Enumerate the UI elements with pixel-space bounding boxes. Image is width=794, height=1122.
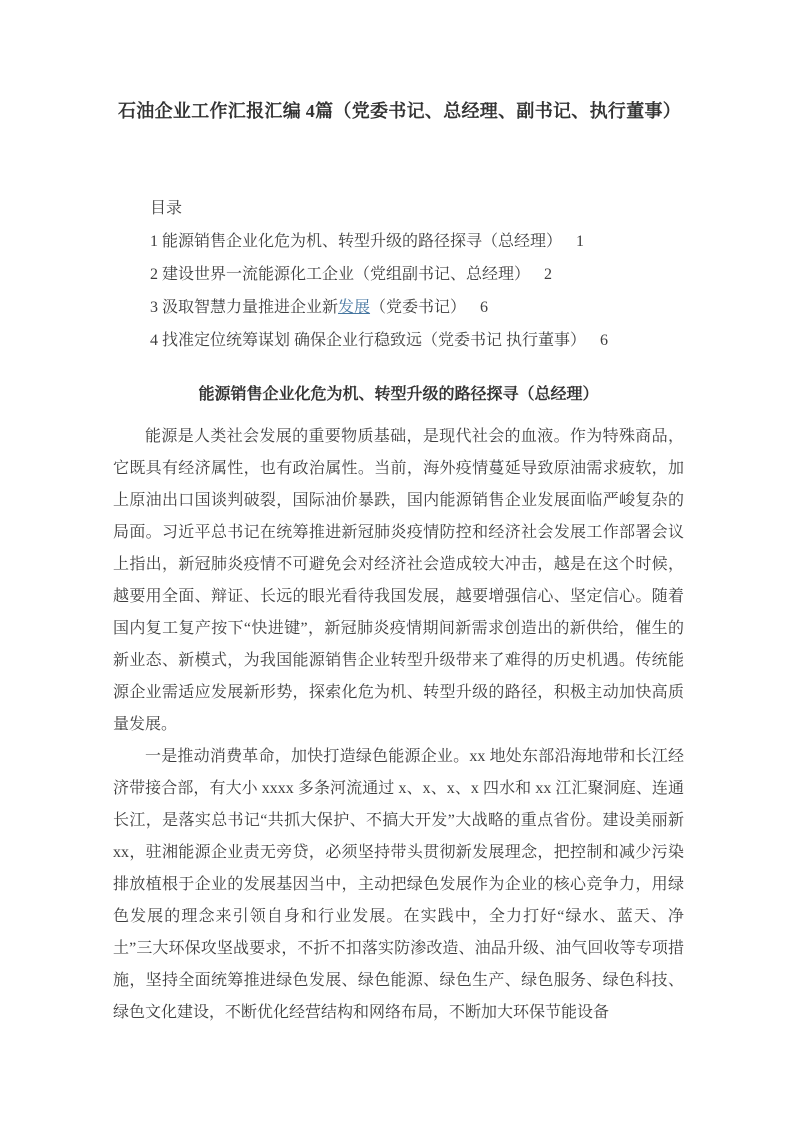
toc-item-1-page-number: 1 <box>576 233 584 250</box>
toc-label: 目录 <box>150 192 684 225</box>
toc-item-2-page-number: 2 <box>544 266 552 283</box>
toc-item-4-page-number: 6 <box>600 332 608 349</box>
toc-item-3-text-after-link: （党委书记） <box>370 299 466 316</box>
toc-item-3-text-before-link: 3 汲取智慧力量推进企业新 <box>150 299 338 316</box>
table-of-contents: 目录 1 能源销售企业化危为机、转型升级的路径探寻（总经理）1 2 建设世界一流… <box>150 192 684 357</box>
toc-item-3-link[interactable]: 发展 <box>338 299 370 316</box>
toc-item-4: 4 找准定位统筹谋划 确保企业行稳致远（党委书记 执行董事）6 <box>150 324 684 357</box>
toc-item-3: 3 汲取智慧力量推进企业新发展（党委书记）6 <box>150 291 684 324</box>
document-title: 石油企业工作汇报汇编 4篇（党委书记、总经理、副书记、执行董事） <box>113 96 684 126</box>
section-heading: 能源销售企业化危为机、转型升级的路径探寻（总经理） <box>113 379 684 411</box>
toc-item-2-text: 2 建设世界一流能源化工企业（党组副书记、总经理） <box>150 266 530 283</box>
toc-item-1-text: 1 能源销售企业化危为机、转型升级的路径探寻（总经理） <box>150 233 562 250</box>
toc-item-1: 1 能源销售企业化危为机、转型升级的路径探寻（总经理）1 <box>150 225 684 258</box>
toc-item-4-text: 4 找准定位统筹谋划 确保企业行稳致远（党委书记 执行董事） <box>150 332 586 349</box>
paragraph-2: 一是推动消费革命，加快打造绿色能源企业。xx 地处东部沿海地带和长江经济带接合部… <box>113 741 684 1029</box>
document-page: 石油企业工作汇报汇编 4篇（党委书记、总经理、副书记、执行董事） 目录 1 能源… <box>0 0 794 1122</box>
toc-item-2: 2 建设世界一流能源化工企业（党组副书记、总经理）2 <box>150 258 684 291</box>
paragraph-1: 能源是人类社会发展的重要物质基础，是现代社会的血液。作为特殊商品，它既具有经济属… <box>113 421 684 741</box>
toc-item-3-page-number: 6 <box>480 299 488 316</box>
